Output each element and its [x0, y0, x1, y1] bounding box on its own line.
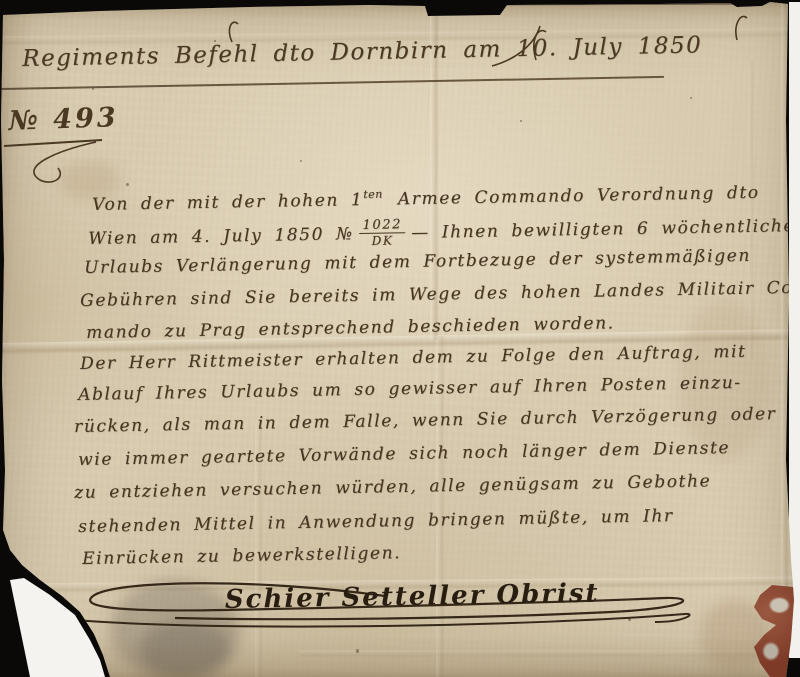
line-segment: — Ihnen bewilligten 6 wöchentlichen [411, 216, 800, 243]
reference-fraction: 1022DK [359, 218, 405, 247]
fraction-numerator: 1022 [359, 218, 405, 234]
scanned-letter: Regiments Befehl dto Dornbirn am 10. Jul… [0, 0, 800, 677]
fraction-denominator: DK [360, 233, 406, 247]
number-underline-flourish [0, 138, 130, 190]
ink-flourishes [0, 0, 800, 140]
letter-paper: Regiments Befehl dto Dornbirn am 10. Jul… [0, 0, 800, 677]
line-segment: Wien am 4. July 1850 № [88, 224, 354, 249]
superscript: ten [363, 188, 383, 201]
signature-flourish: Schier Setteller Obrist [55, 574, 700, 642]
signature-text: Schier Setteller Obrist [225, 578, 600, 615]
scanner-edge-mark [735, 0, 761, 6]
